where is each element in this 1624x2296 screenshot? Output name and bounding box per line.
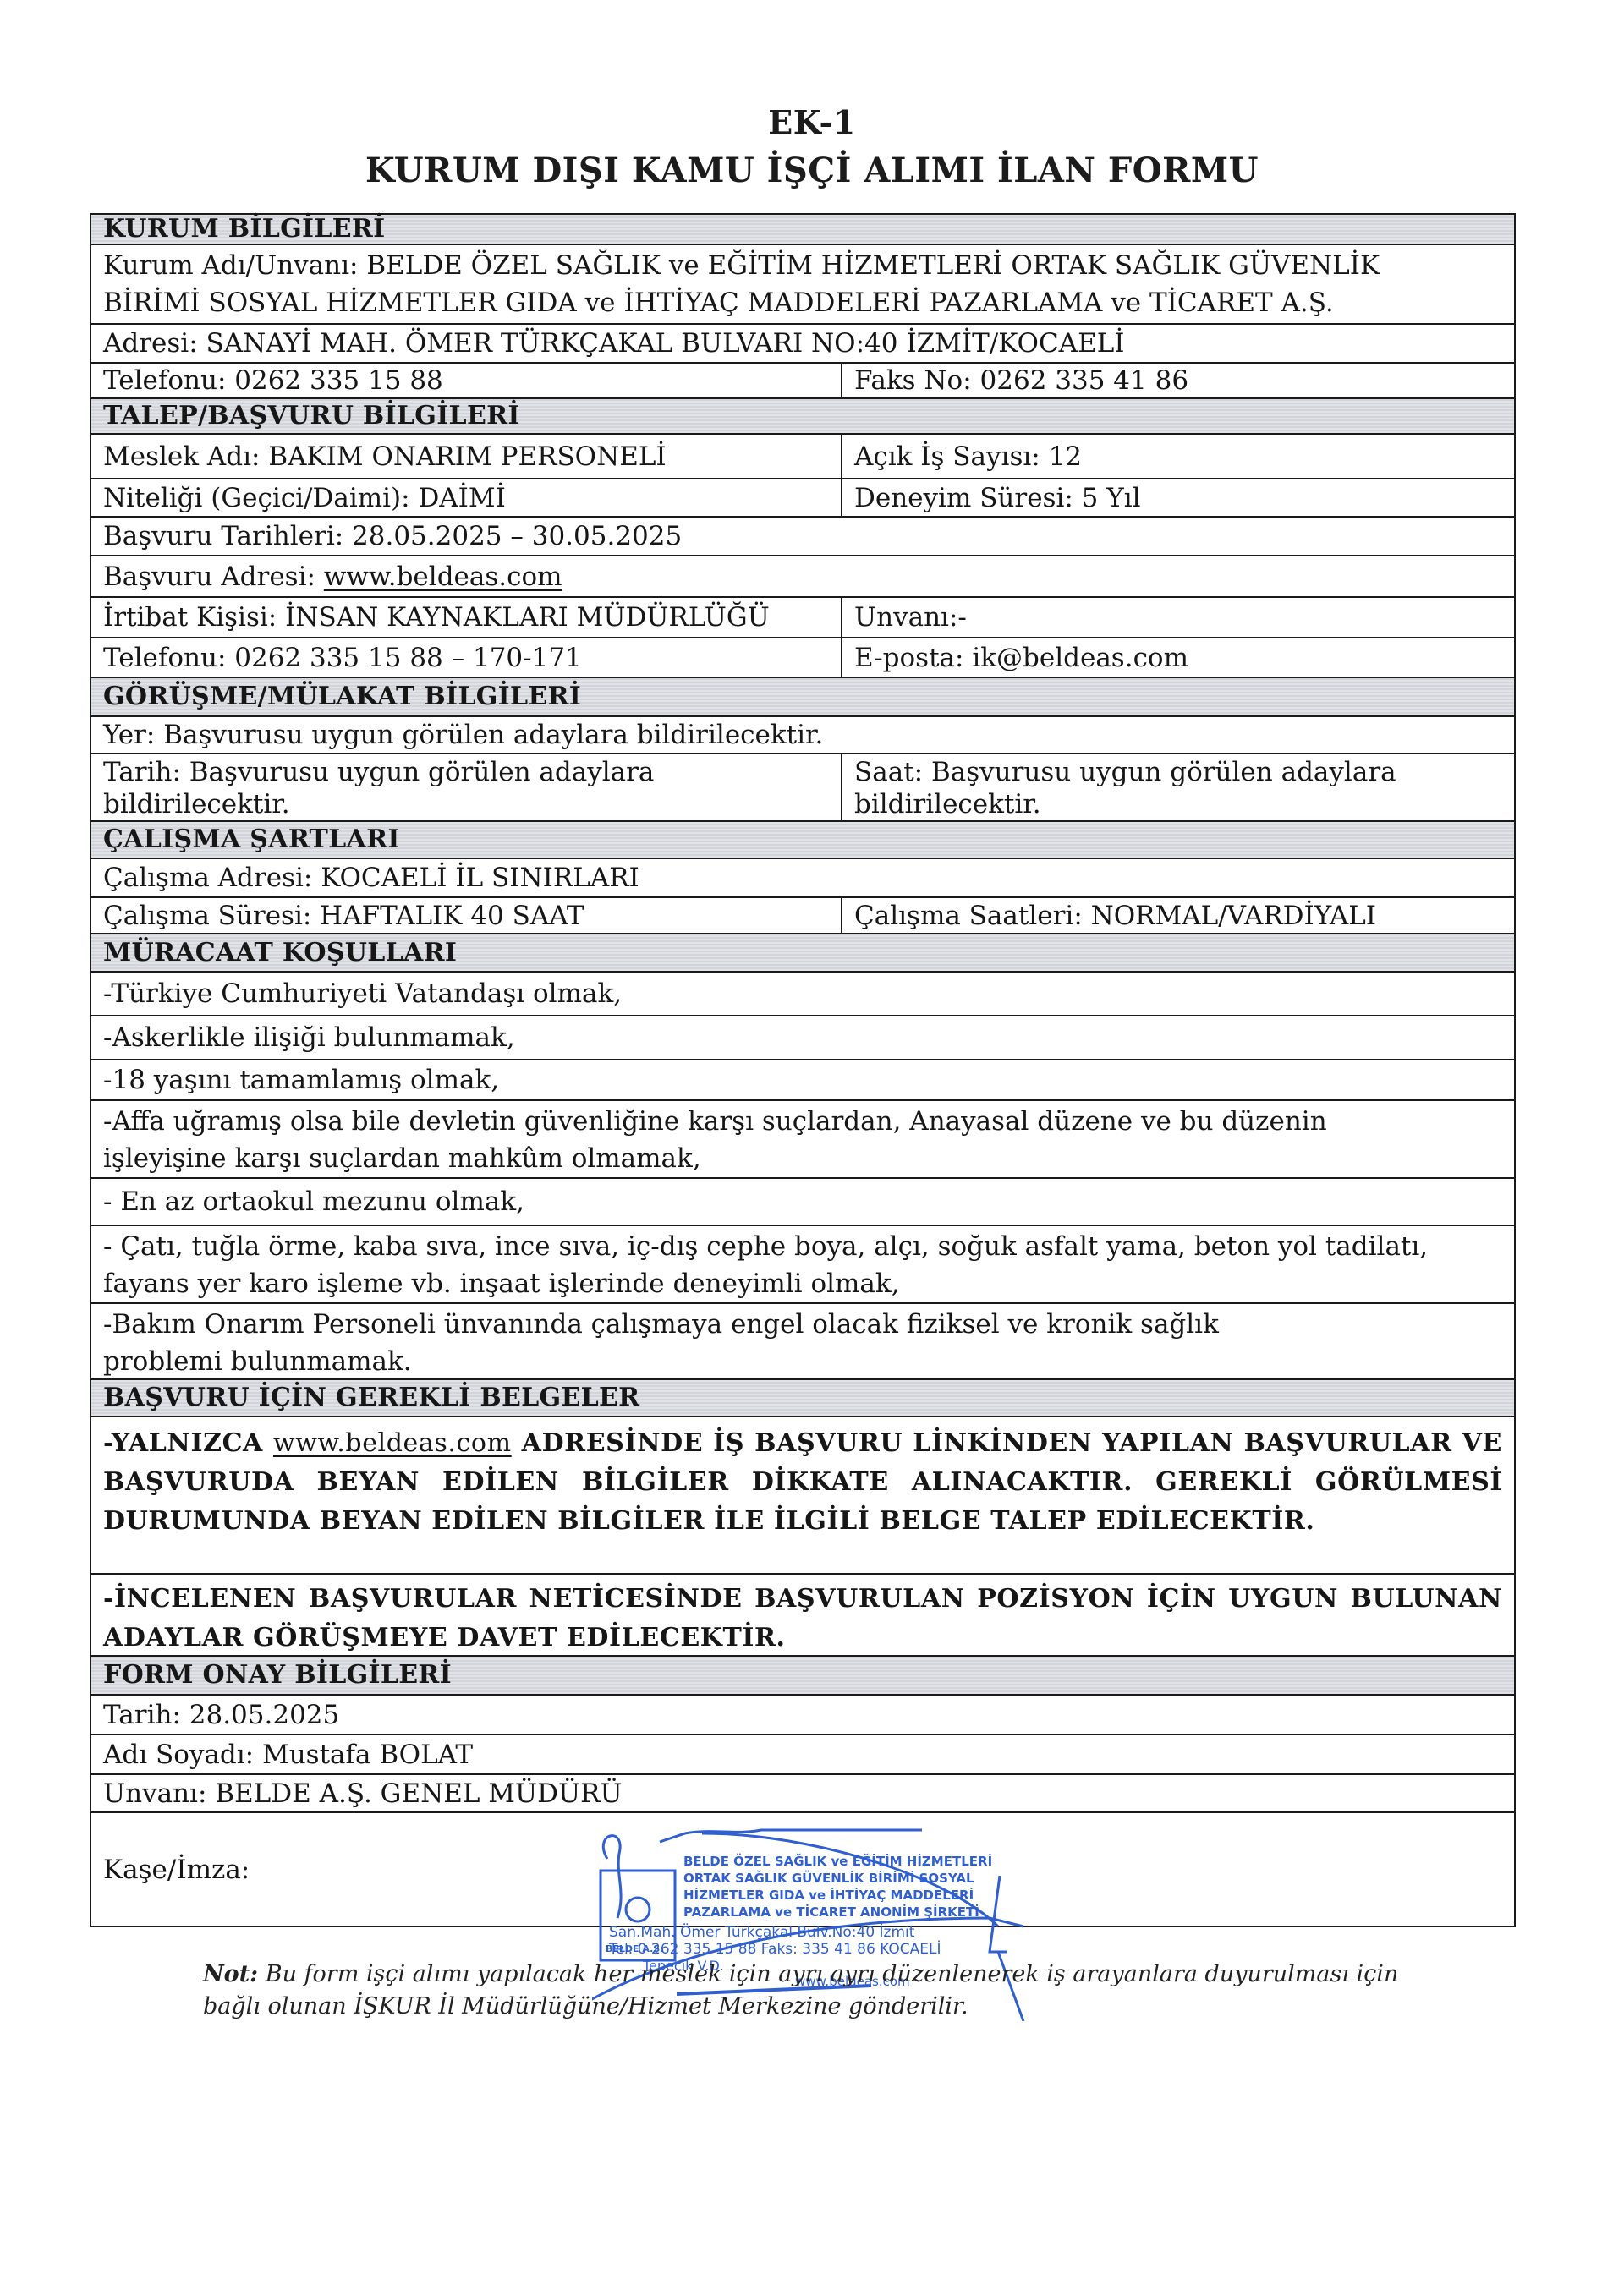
row-irtibat-iletisim: Telefonu: 0262 335 15 88 – 170-171 E-pos… bbox=[91, 638, 1514, 678]
belgeler-paragraph-2-row: -İNCELENEN BAŞVURULAR NETİCESİNDE BAŞVUR… bbox=[91, 1575, 1514, 1657]
nitelik-cell: Niteliği (Geçici/Daimi): DAİMİ bbox=[91, 479, 842, 516]
section-title: KURUM BİLGİLERİ bbox=[91, 215, 1514, 244]
belgeler-paragraph-1: -YALNIZCA www.beldeas.com ADRESİNDE İŞ B… bbox=[91, 1417, 1514, 1573]
section-title: GÖRÜŞME/MÜLAKAT BİLGİLERİ bbox=[91, 678, 1514, 715]
basvuru-adresi-label: Başvuru Adresi: bbox=[103, 558, 324, 595]
telefon-cell: Telefonu: 0262 335 15 88 bbox=[91, 364, 842, 397]
section-header-talep: TALEP/BAŞVURU BİLGİLERİ bbox=[91, 399, 1514, 435]
gorusme-tarih-cell: Tarih: Başvurusu uygun görülen adaylara … bbox=[91, 754, 842, 820]
section-title: FORM ONAY BİLGİLERİ bbox=[91, 1657, 1514, 1694]
belgeler-paragraph-1-row: -YALNIZCA www.beldeas.com ADRESİNDE İŞ B… bbox=[91, 1417, 1514, 1575]
row-calisma-adresi: Çalışma Adresi: KOCAELİ İL SINIRLARI bbox=[91, 859, 1514, 898]
onay-unvani-cell: Unvanı: BELDE A.Ş. GENEL MÜDÜRÜ bbox=[91, 1775, 1514, 1811]
announcement-form-table: KURUM BİLGİLERİ Kurum Adı/Unvanı: BELDE … bbox=[90, 213, 1516, 1927]
belgeler-paragraph-2: -İNCELENEN BAŞVURULAR NETİCESİNDE BAŞVUR… bbox=[91, 1575, 1514, 1655]
kase-imza-cell: Kaşe/İmza: bbox=[91, 1813, 1514, 1926]
adres-cell: Adresi: SANAYİ MAH. ÖMER TÜRKÇAKAL BULVA… bbox=[91, 325, 1514, 362]
section-header-kurum: KURUM BİLGİLERİ bbox=[91, 215, 1514, 245]
irtibat-kisisi-cell: İrtibat Kişisi: İNSAN KAYNAKLARI MÜDÜRLÜ… bbox=[91, 598, 842, 637]
basvuru-adresi-cell: Başvuru Adresi: www.beldeas.com bbox=[91, 556, 1514, 596]
condition-text: - Çatı, tuğla örme, kaba sıva, ince sıva… bbox=[91, 1226, 1514, 1302]
condition-row: -Askerlikle ilişiği bulunmamak, bbox=[91, 1016, 1514, 1060]
condition-text: -Türkiye Cumhuriyeti Vatandaşı olmak, bbox=[91, 973, 1514, 1015]
row-nitelik: Niteliği (Geçici/Daimi): DAİMİ Deneyim S… bbox=[91, 479, 1514, 518]
condition-row: -Türkiye Cumhuriyeti Vatandaşı olmak, bbox=[91, 973, 1514, 1016]
kurum-adi-line-1: Kurum Adı/Unvanı: BELDE ÖZEL SAĞLIK ve E… bbox=[103, 247, 1380, 284]
faks-cell: Faks No: 0262 335 41 86 bbox=[842, 364, 1514, 397]
row-basvuru-tarihleri: Başvuru Tarihleri: 28.05.2025 – 30.05.20… bbox=[91, 518, 1514, 556]
form-title: KURUM DIŞI KAMU İŞÇİ ALIMI İLAN FORMU bbox=[0, 151, 1624, 190]
kurum-adi-cell: Kurum Adı/Unvanı: BELDE ÖZEL SAĞLIK ve E… bbox=[91, 245, 1514, 323]
condition-text: - En az ortaokul mezunu olmak, bbox=[91, 1179, 1514, 1225]
gorusme-tarih-line-2: bildirilecektir. bbox=[103, 788, 290, 820]
annex-label: EK-1 bbox=[0, 103, 1624, 141]
condition-row: -18 yaşını tamamlamış olmak, bbox=[91, 1060, 1514, 1101]
row-onay-adi-soyadi: Adı Soyadı: Mustafa BOLAT bbox=[91, 1735, 1514, 1775]
calisma-saatleri-cell: Çalışma Saatleri: NORMAL/VARDİYALI bbox=[842, 898, 1514, 933]
deneyim-suresi-cell: Deneyim Süresi: 5 Yıl bbox=[842, 479, 1514, 516]
row-kurum-adi: Kurum Adı/Unvanı: BELDE ÖZEL SAĞLIK ve E… bbox=[91, 245, 1514, 325]
condition-row: - Çatı, tuğla örme, kaba sıva, ince sıva… bbox=[91, 1226, 1514, 1304]
meslek-adi-cell: Meslek Adı: BAKIM ONARIM PERSONELİ bbox=[91, 435, 842, 478]
condition-row: - En az ortaokul mezunu olmak, bbox=[91, 1179, 1514, 1226]
gorusme-saat-line-1: Saat: Başvurusu uygun görülen adaylara bbox=[854, 756, 1396, 788]
svg-text:Tel: 0 262 335 15 88 Faks: 335: Tel: 0 262 335 15 88 Faks: 335 41 86 KOC… bbox=[608, 1940, 941, 1958]
condition-text: -Bakım Onarım Personeli ünvanında çalışm… bbox=[91, 1304, 1514, 1378]
row-yer: Yer: Başvurusu uygun görülen adaylara bi… bbox=[91, 717, 1514, 754]
paragraph-prefix: -YALNIZCA bbox=[103, 1428, 273, 1458]
row-adres: Adresi: SANAYİ MAH. ÖMER TÜRKÇAKAL BULVA… bbox=[91, 325, 1514, 364]
onay-adi-soyadi-cell: Adı Soyadı: Mustafa BOLAT bbox=[91, 1735, 1514, 1773]
section-header-belgeler: BAŞVURU İÇİN GEREKLİ BELGELER bbox=[91, 1380, 1514, 1417]
row-onay-tarih: Tarih: 28.05.2025 bbox=[91, 1696, 1514, 1735]
section-title: BAŞVURU İÇİN GEREKLİ BELGELER bbox=[91, 1380, 1514, 1416]
eposta-cell: E-posta: ik@beldeas.com bbox=[842, 638, 1514, 677]
beldeas-link[interactable]: www.beldeas.com bbox=[324, 558, 562, 595]
section-header-muracaat: MÜRACAAT KOŞULLARI bbox=[91, 934, 1514, 973]
condition-text: -Affa uğramış olsa bile devletin güvenli… bbox=[91, 1101, 1514, 1177]
row-irtibat: İrtibat Kişisi: İNSAN KAYNAKLARI MÜDÜRLÜ… bbox=[91, 598, 1514, 638]
note-text: Bu form işçi alımı yapılacak her meslek … bbox=[203, 1961, 1398, 2019]
section-header-onay: FORM ONAY BİLGİLERİ bbox=[91, 1657, 1514, 1696]
row-telefon-faks: Telefonu: 0262 335 15 88 Faks No: 0262 3… bbox=[91, 364, 1514, 399]
section-title: MÜRACAAT KOŞULLARI bbox=[91, 934, 1514, 971]
row-tarih-saat: Tarih: Başvurusu uygun görülen adaylara … bbox=[91, 754, 1514, 822]
acik-is-sayisi-cell: Açık İş Sayısı: 12 bbox=[842, 435, 1514, 478]
irtibat-telefon-cell: Telefonu: 0262 335 15 88 – 170-171 bbox=[91, 638, 842, 677]
onay-tarih-cell: Tarih: 28.05.2025 bbox=[91, 1696, 1514, 1734]
kurum-adi-line-2: BİRİMİ SOSYAL HİZMETLER GIDA ve İHTİYAÇ … bbox=[103, 284, 1334, 321]
gorusme-tarih-line-1: Tarih: Başvurusu uygun görülen adaylara bbox=[103, 756, 654, 788]
beldeas-link[interactable]: www.beldeas.com bbox=[273, 1428, 512, 1458]
row-basvuru-adresi: Başvuru Adresi: www.beldeas.com bbox=[91, 556, 1514, 598]
section-title: TALEP/BAŞVURU BİLGİLERİ bbox=[91, 399, 1514, 433]
calisma-suresi-cell: Çalışma Süresi: HAFTALIK 40 SAAT bbox=[91, 898, 842, 933]
section-header-calisma: ÇALIŞMA ŞARTLARI bbox=[91, 822, 1514, 859]
yer-cell: Yer: Başvurusu uygun görülen adaylara bi… bbox=[91, 717, 1514, 753]
condition-text: -Askerlikle ilişiği bulunmamak, bbox=[91, 1016, 1514, 1059]
condition-row: -Bakım Onarım Personeli ünvanında çalışm… bbox=[91, 1304, 1514, 1380]
section-header-gorusme: GÖRÜŞME/MÜLAKAT BİLGİLERİ bbox=[91, 678, 1514, 717]
basvuru-tarihleri-cell: Başvuru Tarihleri: 28.05.2025 – 30.05.20… bbox=[91, 518, 1514, 555]
condition-row: -Affa uğramış olsa bile devletin güvenli… bbox=[91, 1101, 1514, 1179]
row-kase-imza: Kaşe/İmza: bbox=[91, 1813, 1514, 1926]
condition-text: -18 yaşını tamamlamış olmak, bbox=[91, 1060, 1514, 1099]
row-meslek: Meslek Adı: BAKIM ONARIM PERSONELİ Açık … bbox=[91, 435, 1514, 479]
section-title: ÇALIŞMA ŞARTLARI bbox=[91, 822, 1514, 858]
footer-note: Not: Bu form işçi alımı yapılacak her me… bbox=[203, 1959, 1421, 2023]
gorusme-saat-line-2: bildirilecektir. bbox=[854, 788, 1041, 820]
svg-text:BELDE A.Ş.: BELDE A.Ş. bbox=[606, 1943, 663, 1954]
row-onay-unvani: Unvanı: BELDE A.Ş. GENEL MÜDÜRÜ bbox=[91, 1775, 1514, 1813]
note-label: Not: bbox=[203, 1961, 258, 1987]
irtibat-unvani-cell: Unvanı:- bbox=[842, 598, 1514, 637]
row-calisma-sure-saat: Çalışma Süresi: HAFTALIK 40 SAAT Çalışma… bbox=[91, 898, 1514, 934]
calisma-adresi-cell: Çalışma Adresi: KOCAELİ İL SINIRLARI bbox=[91, 859, 1514, 896]
gorusme-saat-cell: Saat: Başvurusu uygun görülen adaylara b… bbox=[842, 754, 1514, 820]
